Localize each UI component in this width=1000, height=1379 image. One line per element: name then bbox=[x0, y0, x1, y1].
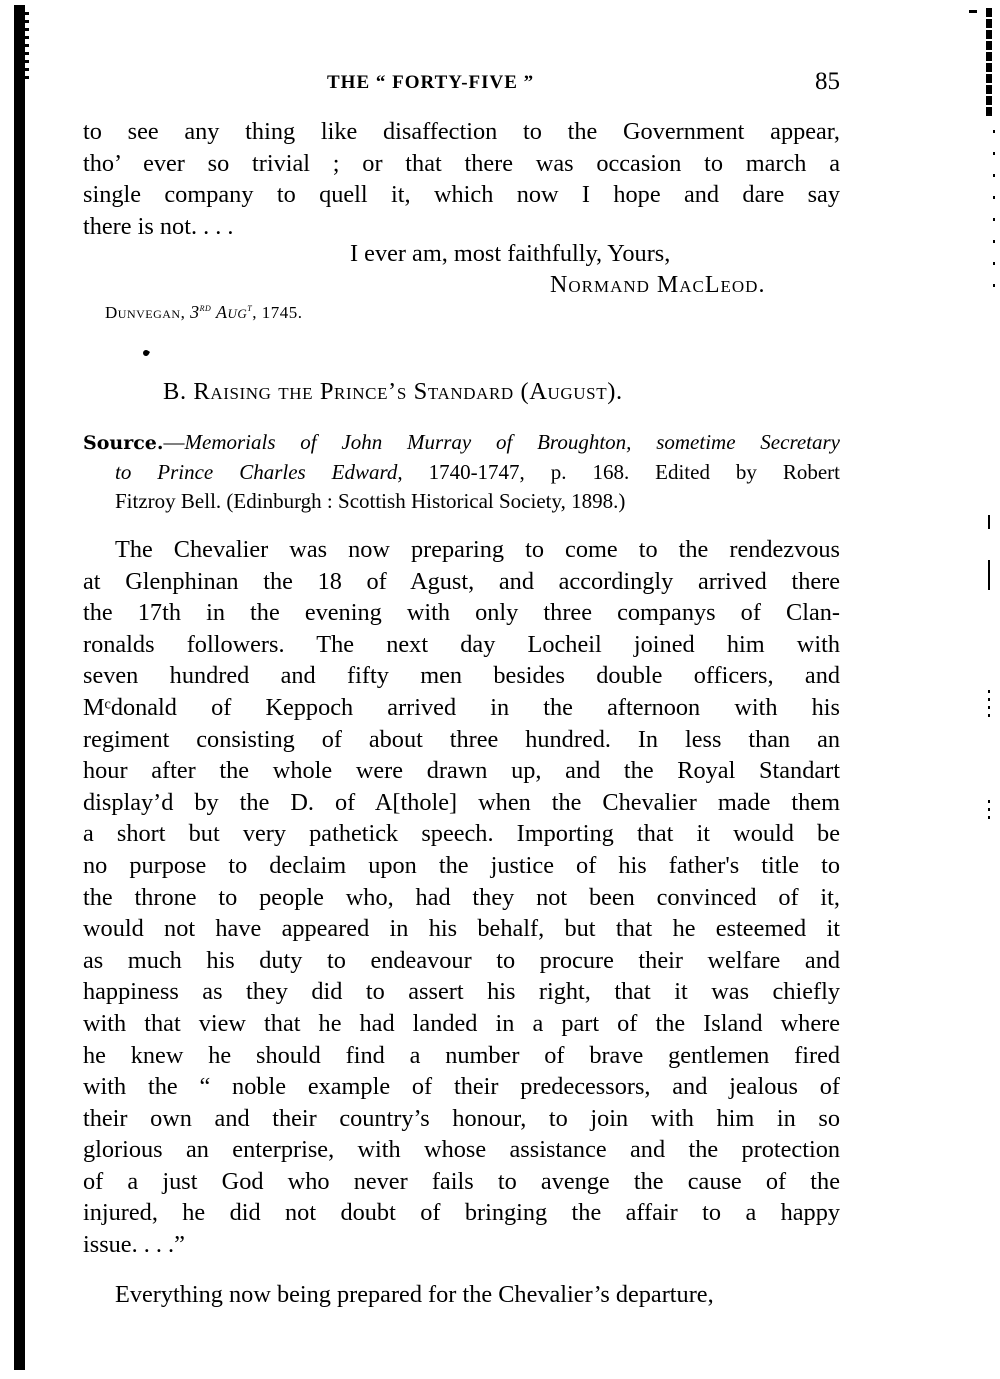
dateline-place: Dunvegan, bbox=[105, 303, 185, 322]
text-line: there is not. . . . bbox=[83, 211, 840, 243]
page-number: 85 bbox=[815, 68, 840, 96]
scan-mark bbox=[988, 560, 990, 590]
source-label: Source. bbox=[83, 432, 164, 454]
text-line: The Chevalier was now preparing to come … bbox=[83, 534, 840, 566]
right-edge-shadow bbox=[986, 8, 992, 118]
dateline-month: Aug bbox=[216, 302, 247, 322]
text-line: to see any thing like disaffection to th… bbox=[83, 116, 840, 148]
running-head-title: THE “ FORTY-FIVE ” bbox=[327, 72, 534, 94]
text-line: of a just God who never fails to avenge … bbox=[83, 1166, 840, 1198]
text-line: the 17th in the evening with only three … bbox=[83, 597, 840, 629]
letter-signature: Normand MacLeod. bbox=[550, 272, 765, 299]
text-line: single company to quell it, which now I … bbox=[83, 179, 840, 211]
letter-text: to see any thing like disaffection to th… bbox=[83, 116, 840, 242]
text-line: a short but very pathetick speech. Impor… bbox=[83, 818, 840, 850]
page-binding-shadow bbox=[14, 5, 25, 1370]
text-line: their own and their country’s honour, to… bbox=[83, 1103, 840, 1135]
text-line: injured, he did not doubt of bringing th… bbox=[83, 1197, 840, 1229]
source-citation: Source.—Memorials of John Murray of Brou… bbox=[83, 428, 840, 516]
text-line: glorious an enterprise, with whose assis… bbox=[83, 1134, 840, 1166]
text-line: would not have appeared in his behalf, b… bbox=[83, 913, 840, 945]
text-line: the throne to people who, had they not b… bbox=[83, 882, 840, 914]
source-details: 1740-1747, p. 168. Edited by Robert bbox=[403, 460, 840, 484]
binding-speckle bbox=[25, 12, 29, 82]
text-line: with the “ noble example of their predec… bbox=[83, 1071, 840, 1103]
dateline-day-suffix: rd bbox=[200, 300, 212, 314]
text-line: Mᶜdonald of Keppoch arrived in the after… bbox=[83, 692, 840, 724]
text-line: issue. . . .” bbox=[83, 1229, 840, 1261]
text-line: display’d by the D. of A[thole] when the… bbox=[83, 787, 840, 819]
text-line: at Glenphinan the 18 of Agust, and accor… bbox=[83, 566, 840, 598]
text-line: seven hundred and fifty men besides doub… bbox=[83, 660, 840, 692]
text-line: regiment consisting of about three hundr… bbox=[83, 724, 840, 756]
dateline-year: , 1745. bbox=[252, 303, 302, 322]
source-line-1: Source.—Memorials of John Murray of Brou… bbox=[83, 428, 840, 458]
source-dash: — bbox=[164, 430, 185, 454]
text-line: he knew he should find a number of brave… bbox=[83, 1040, 840, 1072]
text-line: no purpose to declaim upon the justice o… bbox=[83, 850, 840, 882]
text-line: happiness as they did to assert his righ… bbox=[83, 976, 840, 1008]
main-text: The Chevalier was now preparing to come … bbox=[83, 534, 840, 1261]
source-line-2: to Prince Charles Edward, 1740-1747, p. … bbox=[83, 458, 840, 487]
text-line: as much his duty to endeavour to procure… bbox=[83, 945, 840, 977]
dateline-day: 3 bbox=[190, 302, 200, 322]
text-line: tho’ ever so trivial ; or that there was… bbox=[83, 148, 840, 180]
text-line: hour after the whole were drawn up, and … bbox=[83, 755, 840, 787]
scan-mark bbox=[988, 690, 990, 720]
section-heading: B. Raising the Prince’s Standard (August… bbox=[163, 378, 623, 406]
source-title-part2: to Prince Charles Edward, bbox=[115, 460, 403, 484]
scan-mark bbox=[988, 515, 990, 529]
text-line: with that view that he had landed in a p… bbox=[83, 1008, 840, 1040]
running-head: THE “ FORTY-FIVE ” 85 bbox=[83, 70, 840, 100]
scan-mark bbox=[988, 800, 990, 820]
source-title-part1: Memorials of John Murray of Broughton, s… bbox=[185, 430, 841, 454]
source-line-3: Fitzroy Bell. (Edinburgh : Scottish Hist… bbox=[83, 487, 840, 516]
text-line: ronalds followers. The next day Locheil … bbox=[83, 629, 840, 661]
continuation-paragraph: Everything now being prepared for the Ch… bbox=[115, 1281, 840, 1309]
right-edge-speckle bbox=[993, 130, 995, 300]
letter-closing: I ever am, most faithfully, Yours, bbox=[350, 240, 670, 268]
scan-mark bbox=[969, 10, 977, 13]
letter-dateline: Dunvegan, 3rd Augt, 1745. bbox=[105, 300, 302, 323]
ink-blot bbox=[142, 349, 150, 357]
